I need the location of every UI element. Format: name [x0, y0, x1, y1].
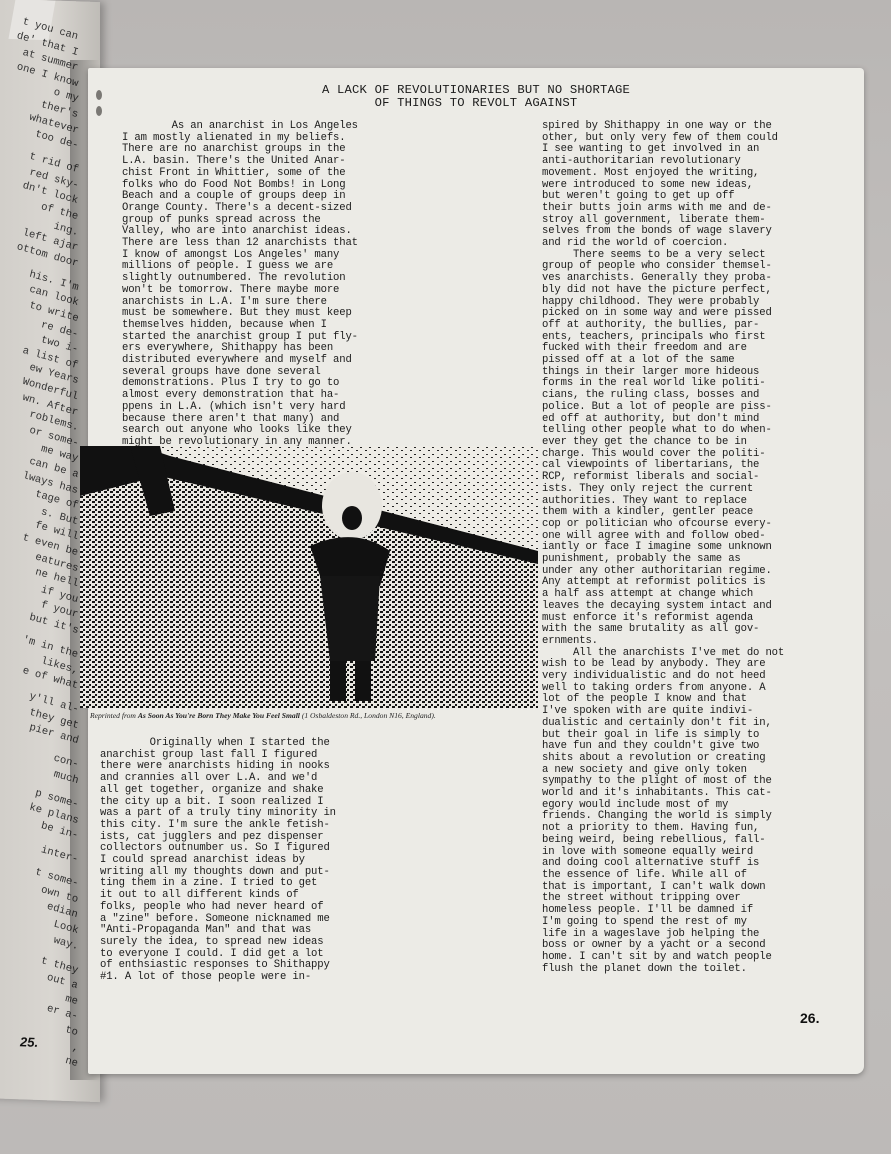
photo-illustration — [80, 446, 538, 708]
column-left-bottom: Originally when I started the anarchist … — [100, 738, 336, 984]
article-title: A LACK OF REVOLUTIONARIES BUT NO SHORTAG… — [88, 84, 864, 110]
caption-source-title: As Soon As You're Born They Make You Fee… — [138, 711, 300, 720]
title-line-2: OF THINGS TO REVOLT AGAINST — [88, 97, 864, 110]
previous-page-number: 25. — [20, 1034, 38, 1050]
zine-page: A LACK OF REVOLUTIONARIES BUT NO SHORTAG… — [88, 68, 864, 1074]
crying-child-photo — [80, 446, 538, 708]
page-number: 26. — [800, 1010, 819, 1026]
photo-caption: Reprinted from As Soon As You're Born Th… — [90, 711, 436, 720]
column-left-top: As an anarchist in Los Angeles I am most… — [122, 121, 358, 449]
column-right: spired by Shithappy in one way or the ot… — [542, 121, 784, 975]
